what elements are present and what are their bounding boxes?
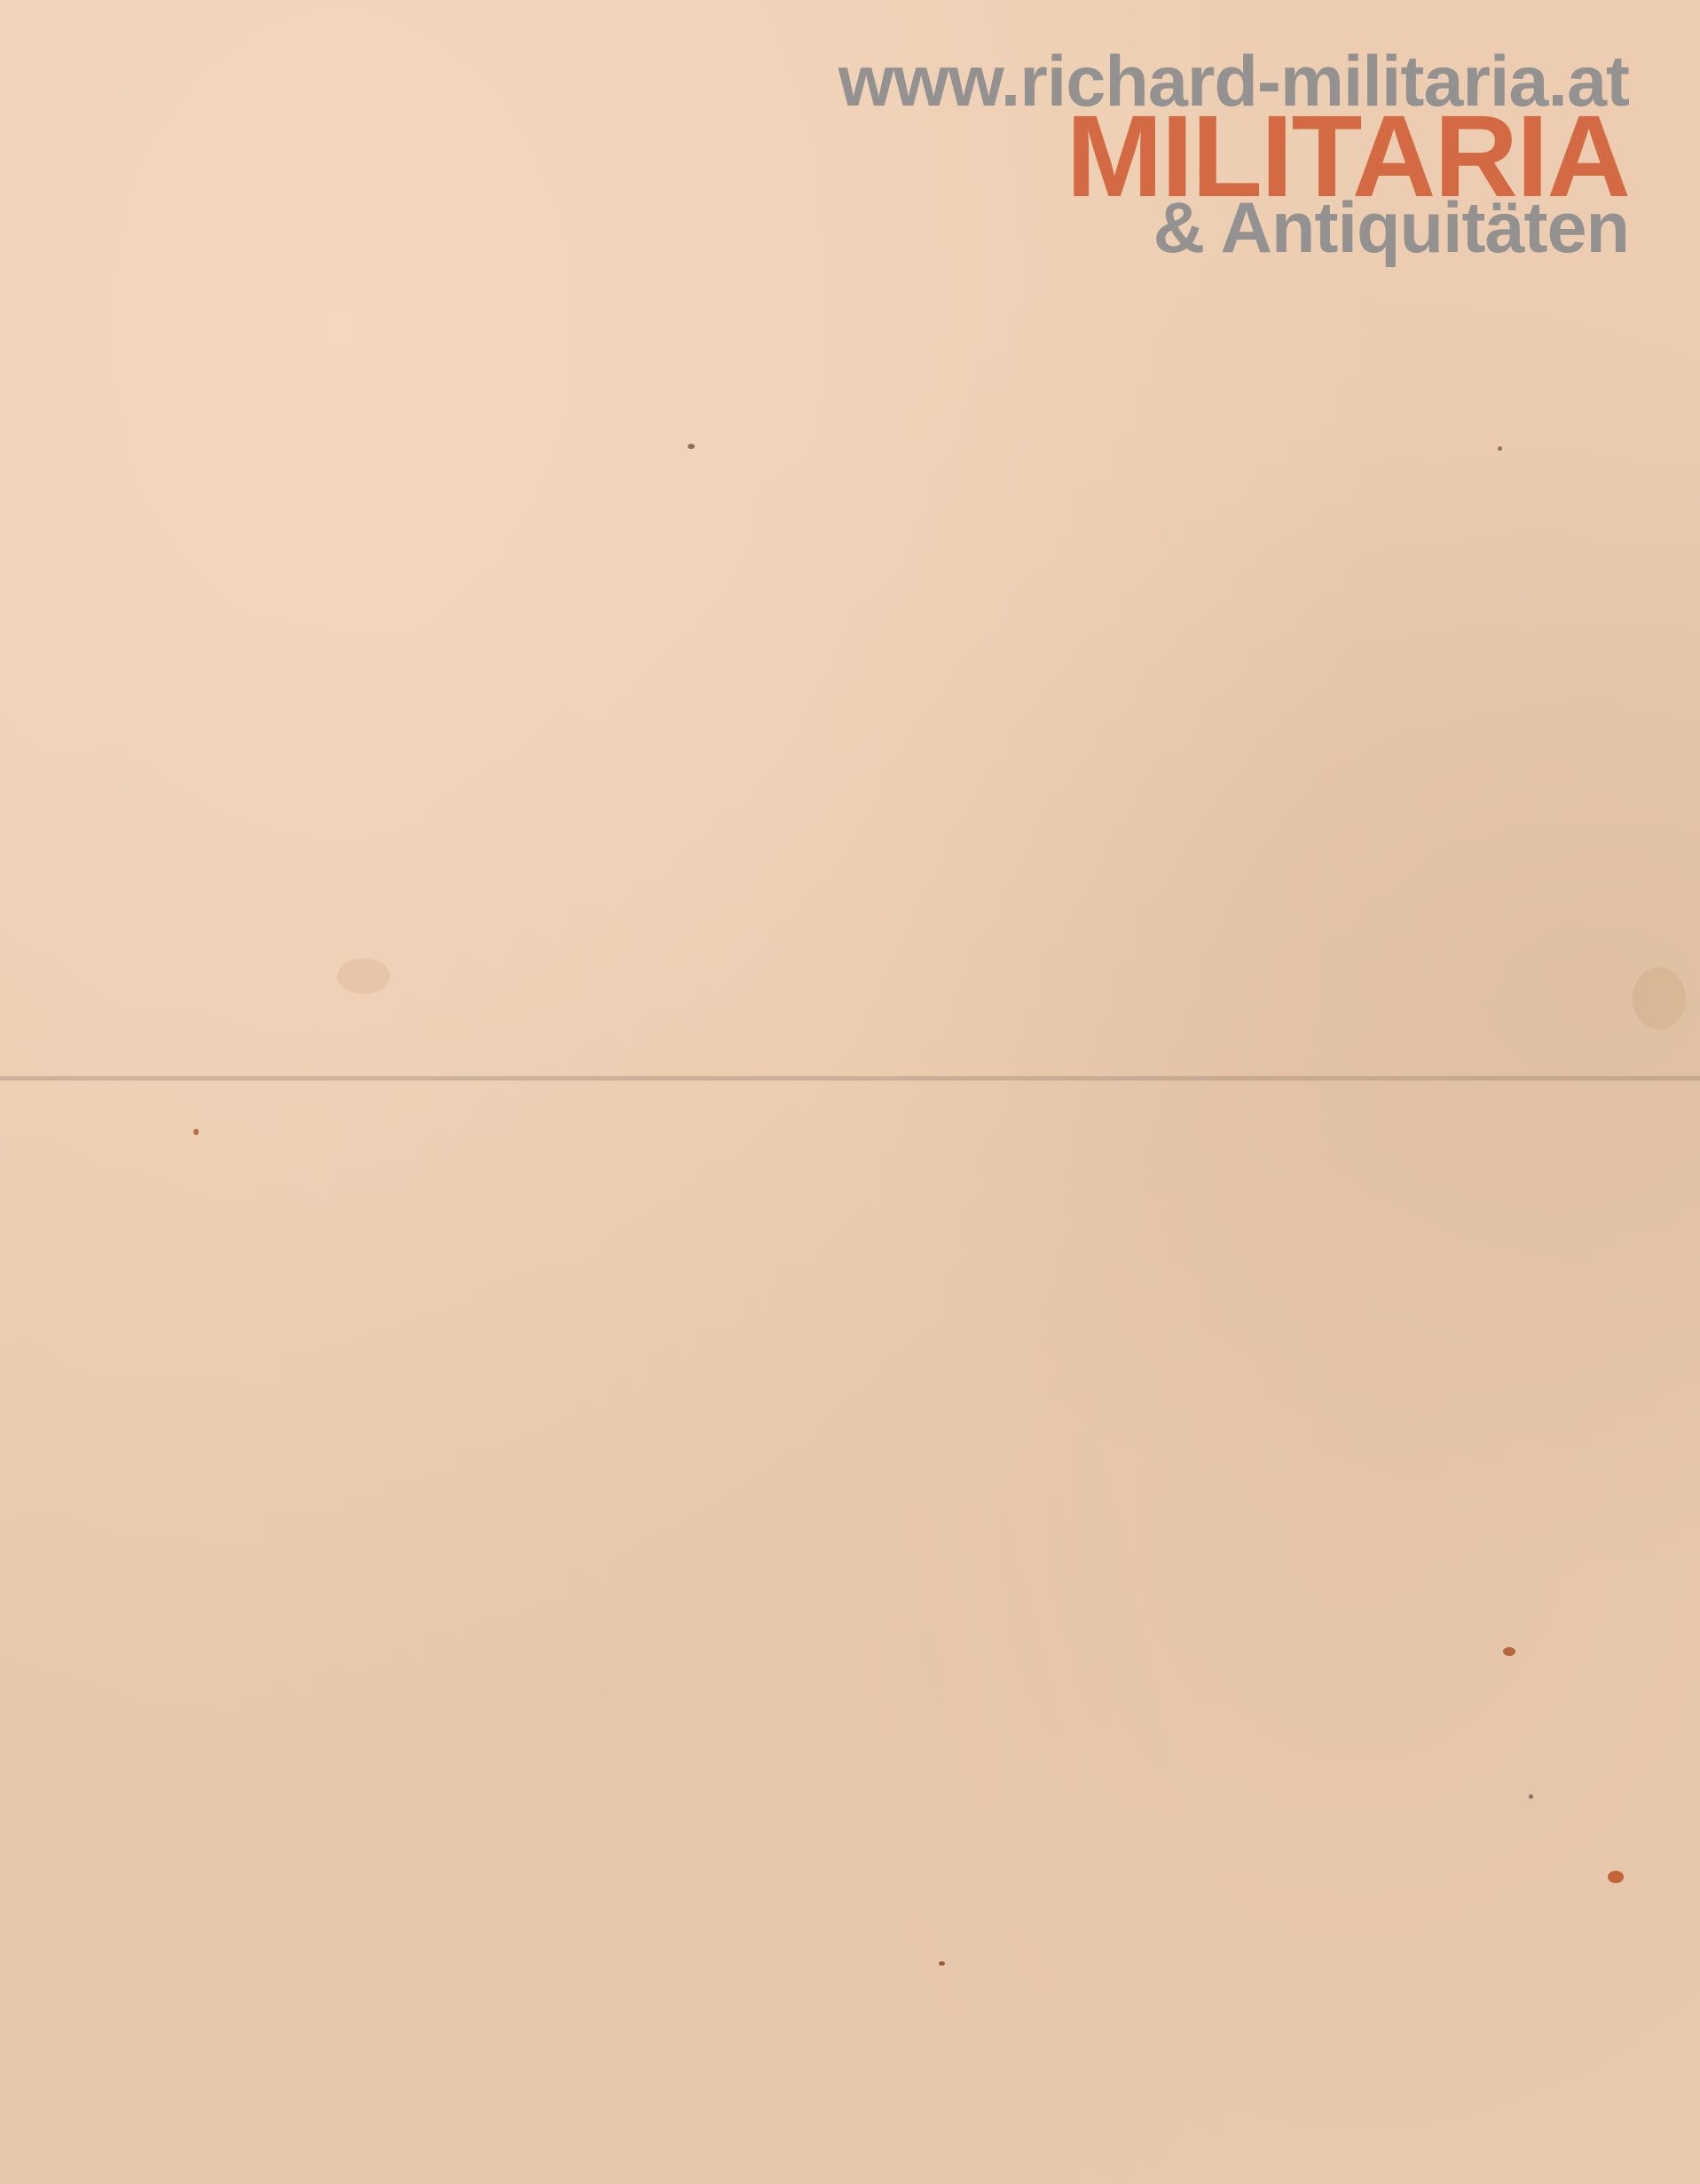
watermark-subtitle: & Antiquitäten xyxy=(1153,193,1629,264)
stain-spot xyxy=(688,444,695,449)
stain-spot xyxy=(1498,446,1502,451)
watermark: www.richard-militaria.at MILITARIA & Ant… xyxy=(813,46,1629,277)
stain-spot xyxy=(939,1961,945,1966)
fold-line xyxy=(0,1076,1700,1081)
stain-spot xyxy=(1608,1871,1624,1883)
stain-spot xyxy=(1633,967,1686,1029)
stain-spot xyxy=(337,958,390,994)
stain-spot xyxy=(1529,1794,1533,1799)
stain-spot xyxy=(193,1129,199,1135)
stain-spot xyxy=(1503,1647,1515,1656)
